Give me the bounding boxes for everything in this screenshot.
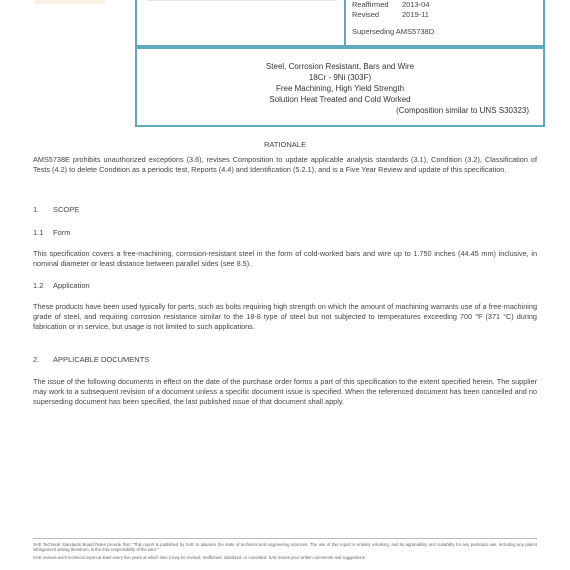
title-line-4: Solution Heat Treated and Cold Worked bbox=[137, 94, 543, 105]
footer-review-note: SAE reviews each technical report at lea… bbox=[33, 555, 537, 560]
section-number: 1.2 bbox=[33, 281, 53, 290]
section-title: Application bbox=[53, 281, 90, 290]
section-title: APPLICABLE DOCUMENTS bbox=[53, 355, 149, 364]
section-number: 1. bbox=[33, 205, 53, 214]
section-title: SCOPE bbox=[53, 205, 79, 214]
revised-label: Revised bbox=[352, 10, 402, 20]
form-text: This specification covers a free-machini… bbox=[33, 249, 537, 269]
document-header-box: Reaffirmed 2013-04 Revised 2019-11 Super… bbox=[135, 0, 545, 47]
composition-note: (Composition similar to UNS S30323) bbox=[137, 105, 543, 116]
section-2-heading: 2.APPLICABLE DOCUMENTS bbox=[33, 355, 149, 364]
sae-logo bbox=[35, 0, 105, 4]
title-line-1: Steel, Corrosion Resistant, Bars and Wir… bbox=[137, 61, 543, 72]
title-line-3: Free Machining, High Yield Strength bbox=[137, 83, 543, 94]
header-divider bbox=[344, 0, 346, 45]
title-line-2: 18Cr - 9Ni (303F) bbox=[137, 72, 543, 83]
specification-title-box: Steel, Corrosion Resistant, Bars and Wir… bbox=[135, 47, 545, 127]
application-text: These products have been used typically … bbox=[33, 302, 537, 332]
reaffirmed-label: Reaffirmed bbox=[352, 0, 402, 10]
revised-date: 2019-11 bbox=[402, 10, 429, 20]
section-1-heading: 1.SCOPE bbox=[33, 205, 79, 214]
footer-disclaimer: SAE Technical Standards Board Rules prov… bbox=[33, 542, 537, 552]
header-title-fragment bbox=[147, 0, 337, 1]
section-title: Form bbox=[53, 228, 71, 237]
revision-info: Reaffirmed 2013-04 Revised 2019-11 Super… bbox=[352, 0, 434, 37]
footer-divider bbox=[33, 538, 537, 539]
rationale-text: AMS5738E prohibits unauthorized exceptio… bbox=[33, 155, 537, 175]
superseding-note: Superseding AMS5738D bbox=[352, 27, 434, 37]
applicable-documents-text: The issue of the following documents in … bbox=[33, 377, 537, 407]
section-number: 1.1 bbox=[33, 228, 53, 237]
section-1-1-heading: 1.1Form bbox=[33, 228, 71, 237]
section-number: 2. bbox=[33, 355, 53, 364]
reaffirmed-date: 2013-04 bbox=[402, 0, 430, 10]
rationale-heading: RATIONALE bbox=[0, 140, 570, 149]
section-1-2-heading: 1.2Application bbox=[33, 281, 90, 290]
